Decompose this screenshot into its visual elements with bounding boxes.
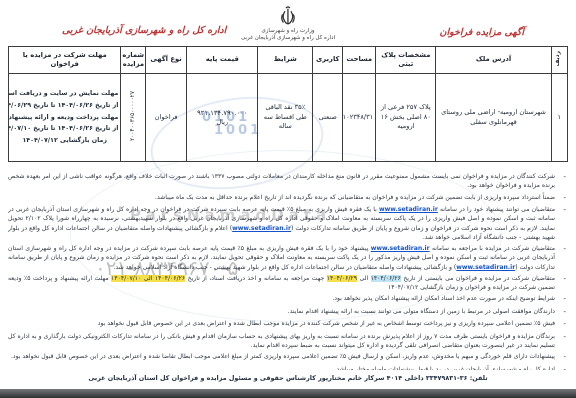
note-dash: - — [560, 244, 566, 272]
note-text: متقاضیان شرکت در مزایده و فراخوان می بای… — [8, 274, 555, 293]
notes-list: -شرکت کنندگان در مزایده و فراخوان نمی با… — [8, 172, 566, 370]
note-segment: پیشنهادات دارای قلم خوردگی و مبهم یا مخد… — [11, 353, 555, 360]
note-segment: ) و بازگشائی پیشنهادات واصله متقاضیان در… — [113, 264, 456, 271]
deadline-line: مهلت پرداخت ودیعه و ارائه پیشنهاد : — [11, 112, 118, 124]
note-text: دارندگان موافقت اصولی در مرتبط با زمین ا… — [8, 307, 555, 318]
note-segment: ضمناً استرداد سپرده واریزی از بابت تضمین… — [155, 194, 555, 201]
note-segment: متقاضیان می توانند پیشنهاد خود را در سام… — [438, 206, 555, 213]
cell-auction-number: ۲۰۰۴۰۰۳۶۵۰۰۰۰۰۲۷ — [121, 74, 146, 162]
highlighted-date: ۱۴۰۴/۰۶/۲۶ الی ۱۴۰۴/۰۷/۱۰ — [111, 275, 185, 282]
note-dash: - — [560, 365, 566, 370]
deadline-line: زمان بازگشایی ۱۴۰۴/۰۷/۱۲ — [11, 135, 118, 147]
cell-radif: ۱ — [551, 74, 567, 162]
iran-emblem-icon — [280, 6, 296, 27]
note-item: -دارندگان موافقت اصولی در مرتبط با زمین … — [8, 307, 566, 318]
page-header: آگهی مزایده فراخوان وزارت راه و شهرسازی … — [0, 4, 576, 46]
note-text: متقاضیان می توانند پیشنهاد خود را در سام… — [8, 205, 555, 242]
header-usage: کاربری — [313, 47, 343, 74]
cell-terms: ۳۵٪ نقد الباقی طی اقساط سه ساله — [258, 74, 313, 162]
highlighted-date: ۱۴۰۴/۰۶/۲۶ — [371, 275, 401, 282]
deadline-line: از تاریخ ۱۴۰۴/۰۶/۲۶ تا تاریخ ۱۴۰۴/۰۷/۱۰ — [11, 123, 118, 135]
header-address: آدرس ملک — [436, 47, 551, 74]
auction-announcement-title: آگهی مزایده فراخوان — [440, 27, 524, 38]
deadline-line: مهلت نمایش در سایت و دریافت اسناد : — [11, 88, 118, 100]
note-item: -متقاضیان می توانند پیشنهاد خود را در سا… — [8, 205, 566, 242]
note-segment: فیش ۵٪ تضمین اعلامی سپرده واریزی و نیز پ… — [98, 320, 555, 327]
auction-table: ردیف آدرس ملک مشخصات پلاک ثبتی مساحت کار… — [8, 46, 568, 162]
base-price-unit: ریال — [189, 118, 255, 128]
deadline-line: از تاریخ ۱۴۰۴/۰۶/۲۶ تا تاریخ ۱۴۰۴/۰۶/۲۹ — [11, 100, 118, 112]
note-dash: - — [560, 352, 566, 363]
note-text: شرایط توضیح اینکه در صورت عدم اخذ اسناد … — [8, 294, 555, 305]
bottom-bar — [0, 389, 576, 398]
ministry-name: وزارت راه و شهرسازی — [241, 28, 335, 35]
note-item: -برندگان مزایده و فراخوان بایستی ظرف مدت… — [8, 332, 566, 351]
header-plate: مشخصات پلاک ثبتی — [376, 47, 436, 74]
note-item: -پیشنهادات دارای قلم خوردگی و مبهم یا مخ… — [8, 352, 566, 363]
cell-plate: پلاک ۲۵۷ فرعی از ۸۰ اصلی بخش ۱۶ ارومیه — [376, 74, 436, 162]
note-dash: - — [560, 319, 566, 330]
header-area: مساحت — [343, 47, 376, 74]
note-segment: برندگان مزایده و فراخوان بایستی ظرف مدت … — [8, 333, 555, 349]
table-header-row: ردیف آدرس ملک مشخصات پلاک ثبتی مساحت کار… — [9, 47, 568, 74]
setadiran-link[interactable]: www.setadiran.ir — [379, 206, 438, 213]
note-segment: شرکت کنندگان در مزایده و فراخوان نمی بای… — [8, 173, 555, 189]
note-text: برندگان مزایده و فراخوان بایستی ظرف مدت … — [8, 332, 555, 351]
table-row: ۱ شهرستان ارومیه- اراضی ملی روستای قهرما… — [9, 74, 568, 162]
note-segment: اداره کل راه و شهرسازی آذربایجان غربی در… — [334, 366, 555, 370]
note-dash: - — [560, 193, 566, 204]
header-radif: ردیف — [551, 47, 567, 74]
note-dash: - — [560, 332, 566, 351]
auction-table-wrapper: ردیف آدرس ملک مشخصات پلاک ثبتی مساحت کار… — [8, 46, 568, 162]
setadiran-link[interactable]: www.setadiran.ir — [232, 225, 291, 232]
setadiran-link[interactable]: www.setadiran.ir — [371, 245, 430, 252]
department-name: اداره کل راه و شهرسازی آذربایجان غربی — [241, 35, 335, 42]
note-item: -شرایط توضیح اینکه در صورت عدم اخذ اسناد… — [8, 294, 566, 305]
note-segment: الی — [357, 275, 371, 282]
header-terms: شرایط — [258, 47, 313, 74]
header-ad-type: نوع آگهی — [146, 47, 187, 74]
header-auction-number: شماره مزایده — [121, 47, 146, 74]
note-segment: جهت مراجعه به سامانه و اخذ دریافت اسناد،… — [185, 275, 327, 282]
cell-deadline: مهلت نمایش در سایت و دریافت اسناد : از ت… — [9, 74, 121, 162]
setadiran-link[interactable]: www.setadiran.ir — [456, 264, 515, 271]
header-deadline: مهلت شرکت در مزایده یا فراخوان — [9, 47, 121, 74]
highlighted-date: ۱۴۰۴/۰۶/۲۹ — [327, 275, 357, 282]
note-dash: - — [560, 205, 566, 242]
note-text: ضمناً استرداد سپرده واریزی از بابت تضمین… — [8, 193, 555, 204]
note-item: -ضمناً استرداد سپرده واریزی از بابت تضمی… — [8, 193, 566, 204]
note-item: -متقاضیان شرکت در مزایده و فراخوان می با… — [8, 274, 566, 293]
note-dash: - — [560, 274, 566, 293]
note-item: -متقاضیان شرکت در مزایده با مراجعه به سا… — [8, 244, 566, 272]
note-text: شرکت کنندگان در مزایده و فراخوان نمی بای… — [8, 172, 555, 191]
note-dash: - — [560, 307, 566, 318]
note-segment: شرایط توضیح اینکه در صورت عدم اخذ اسناد … — [332, 295, 555, 302]
cell-address: شهرستان ارومیه- اراضی ملی روستای قهرمانل… — [436, 74, 551, 162]
cell-area: ۱۰۲۳۴۸/۳۱ — [343, 74, 376, 162]
note-item: -اداره کل راه و شهرسازی آذربایجان غربی د… — [8, 365, 566, 370]
contact-phone-line: تلفن: ۳۶-۳۳۴۷۹۸۳۱ داخلی ۴۰۱۴ سرکار خانم … — [0, 374, 576, 382]
note-text: پیشنهادات دارای قلم خوردگی و مبهم یا مخد… — [8, 352, 555, 363]
ministry-block: وزارت راه و شهرسازی اداره کل راه و شهرسا… — [241, 6, 335, 42]
cell-ad-type: فراخوان — [146, 74, 187, 162]
note-segment: دارندگان موافقت اصولی در مرتبط با زمین ا… — [288, 308, 555, 315]
note-text: اداره کل راه و شهرسازی آذربایجان غربی در… — [8, 365, 555, 370]
cell-usage: صنعتی — [313, 74, 343, 162]
note-dash: - — [560, 172, 566, 191]
department-title-red: اداره کل راه و شهرسازی آذربایجان غربی — [62, 25, 226, 36]
note-segment: متقاضیان شرکت در مزایده با مراجعه به سام… — [430, 245, 555, 252]
base-price-value: ۹۲۱.۱۳۴.۷۹۰.۰۰۰ — [189, 108, 255, 118]
cell-base-price: ۹۲۱.۱۳۴.۷۹۰.۰۰۰ ریال — [187, 74, 258, 162]
note-text: متقاضیان شرکت در مزایده با مراجعه به سام… — [8, 244, 555, 272]
note-segment: متقاضیان شرکت در مزایده و فراخوان می بای… — [401, 275, 555, 282]
header-base-price: قیمت پایه — [187, 47, 258, 74]
note-item: -فیش ۵٪ تضمین اعلامی سپرده واریزی و نیز … — [8, 319, 566, 330]
note-text: فیش ۵٪ تضمین اعلامی سپرده واریزی و نیز پ… — [8, 319, 555, 330]
note-dash: - — [560, 294, 566, 305]
note-item: -شرکت کنندگان در مزایده و فراخوان نمی با… — [8, 172, 566, 191]
